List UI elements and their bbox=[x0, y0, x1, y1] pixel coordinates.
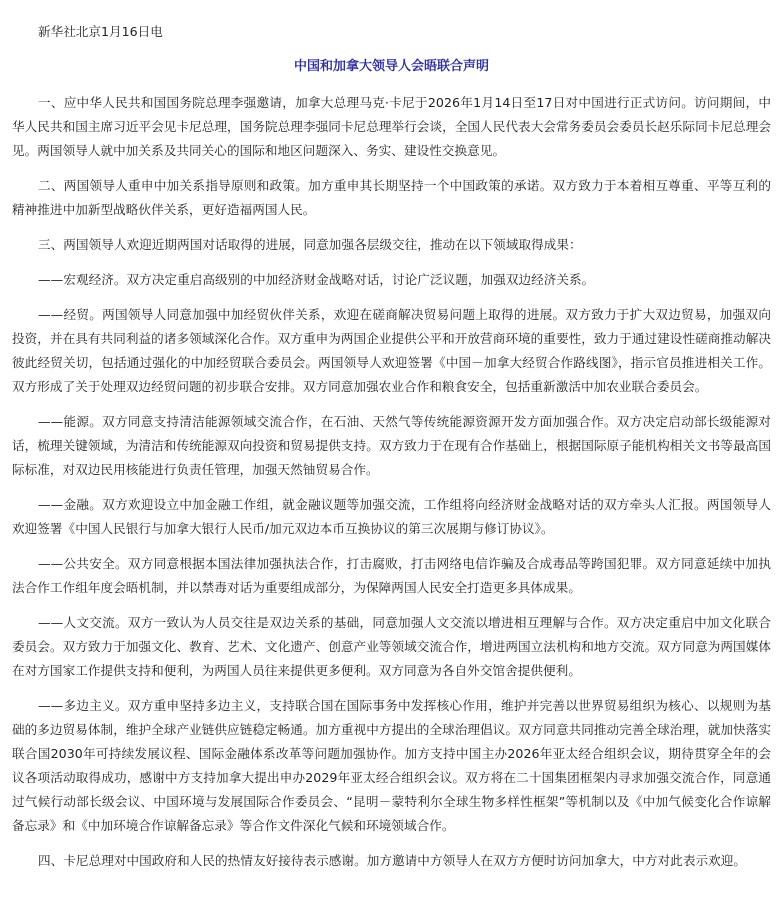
article-title: 中国和加拿大领导人会晤联合声明 bbox=[12, 57, 771, 77]
paragraph-3-outcomes-intro: 三、两国领导人欢迎近期两国对话取得的进展，同意加强各层级交往，推动在以下领域取得… bbox=[12, 233, 771, 257]
paragraph-public-security: ——公共安全。双方同意根据本国法律加强执法合作，打击腐败，打击网络电信诈骗及合成… bbox=[12, 552, 771, 600]
dateline: 新华社北京1月16日电 bbox=[38, 22, 771, 42]
paragraph-energy: ——能源。双方同意支持清洁能源领域交流合作，在石油、天然气等传统能源资源开发方面… bbox=[12, 410, 771, 482]
paragraph-2-principles: 二、两国领导人重申中加关系指导原则和政策。加方重申其长期坚持一个中国政策的承诺。… bbox=[12, 174, 771, 222]
paragraph-multilateralism: ——多边主义。双方重申坚持多边主义，支持联合国在国际事务中发挥核心作用，维护并完… bbox=[12, 694, 771, 838]
paragraph-people-exchange: ——人文交流。双方一致认为人员交往是双边关系的基础，同意加强人文交流以增进相互理… bbox=[12, 611, 771, 683]
paragraph-trade: ——经贸。两国领导人同意加强中加经贸伙伴关系，欢迎在磋商解决贸易问题上取得的进展… bbox=[12, 303, 771, 399]
paragraph-finance: ——金融。双方欢迎设立中加金融工作组，就金融议题等加强交流，工作组将向经济财金战… bbox=[12, 493, 771, 541]
paragraph-4-thanks: 四、卡尼总理对中国政府和人民的热情友好接待表示感谢。加方邀请中方领导人在双方方便… bbox=[12, 849, 771, 873]
paragraph-macroeconomy: ——宏观经济。双方决定重启高级别的中加经济财金战略对话，讨论广泛议题，加强双边经… bbox=[12, 268, 771, 292]
article: 新华社北京1月16日电 中国和加拿大领导人会晤联合声明 一、应中华人民共和国国务… bbox=[0, 0, 781, 873]
paragraph-1-visit: 一、应中华人民共和国国务院总理李强邀请，加拿大总理马克·卡尼于2026年1月14… bbox=[12, 91, 771, 163]
